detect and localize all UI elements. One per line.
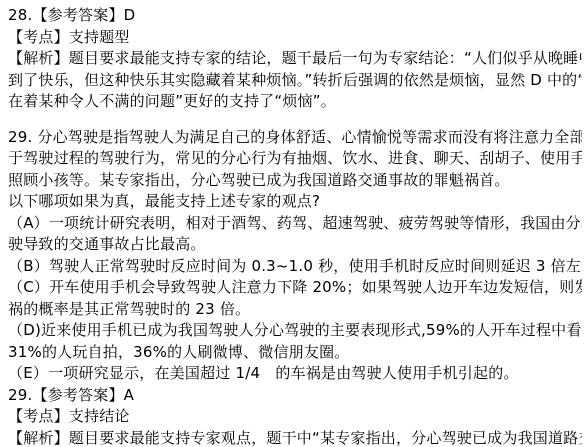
q29-stem-line-1: 29. 分心驾驶是指驾驶人为满足自己的身体舒适、心情愉悦等需求而没有将注意力全部… xyxy=(8,127,582,149)
q28-analysis-line-3: 在着某种令人不满的问题”更好的支持了“烦恼”。 xyxy=(8,91,582,113)
q29-option-b: （B）驾驶人正常驾驶时反应时间为 0.3~1.0 秒，使用手机时反应时间则延迟 … xyxy=(8,256,582,278)
q29-reference-answer: 29.【参考答案】A xyxy=(8,385,582,407)
q29-option-e: （E）一项研究显示，在美国超过 1/4 的车祸是由驾驶人使用手机引起的。 xyxy=(8,363,582,385)
q28-reference-answer: 28.【参考答案】D xyxy=(8,5,582,27)
q29-options-block: （A）一项统计研究表明，相对于酒驾、药驾、超速驾驶、疲劳驾驶等情形，我国由分心驾… xyxy=(8,213,582,385)
q28-analysis-line-1: 【解析】题目要求最能支持专家的结论，题干最后一句为专家结论：“人们似乎从晚睡中得 xyxy=(8,48,582,70)
q29-option-a-line-2: 驶导致的交通事故占比最高。 xyxy=(8,234,582,256)
q29-option-d-line-2: 31%的人玩自拍，36%的人刷微博、微信朋友圈。 xyxy=(8,342,582,364)
q29-answer-block: 29.【参考答案】A 【考点】支持结论 【解析】题目要求最能支持专家观点，题干中… xyxy=(8,385,582,447)
q29-stem-line-2: 于驾驶过程的驾驶行为，常见的分心行为有抽烟、饮水、进食、聊天、刮胡子、使用手机、 xyxy=(8,148,582,170)
q28-exam-point: 【考点】支持题型 xyxy=(8,27,582,49)
q29-option-c-line-2: 祸的概率是其正常驾驶时的 23 倍。 xyxy=(8,299,582,321)
q29-stem-line-3: 照顾小孩等。某专家指出，分心驾驶已成为我国道路交通事故的罪魁祸首。 xyxy=(8,170,582,192)
q28-analysis-line-2: 到了快乐，但这种快乐其实隐藏着某种烦恼。”转折后强调的依然是烦恼，显然 D 中的… xyxy=(8,70,582,92)
q29-option-d-line-1: （D)近来使用手机已成为我国驾驶人分心驾驶的主要表现形式,59%的人开车过程中看… xyxy=(8,320,582,342)
q29-stem-block: 29. 分心驾驶是指驾驶人为满足自己的身体舒适、心情愉悦等需求而没有将注意力全部… xyxy=(8,127,582,213)
q29-analysis-line-1: 【解析】题目要求最能支持专家观点，题干中“某专家指出，分心驾驶已成为我国道路交通 xyxy=(8,428,582,447)
q29-exam-point: 【考点】支持结论 xyxy=(8,406,582,428)
q29-option-a-line-1: （A）一项统计研究表明，相对于酒驾、药驾、超速驾驶、疲劳驾驶等情形，我国由分心驾 xyxy=(8,213,582,235)
q28-answer-block: 28.【参考答案】D 【考点】支持题型 【解析】题目要求最能支持专家的结论，题干… xyxy=(8,5,582,113)
q29-option-c-line-1: （C）开车使用手机会导致驾驶人注意力下降 20%；如果驾驶人边开车边发短信，则发… xyxy=(8,277,582,299)
q29-question-prompt: 以下哪项如果为真，最能支持上述专家的观点? xyxy=(8,191,582,213)
exam-answer-document: 28.【参考答案】D 【考点】支持题型 【解析】题目要求最能支持专家的结论，题干… xyxy=(0,0,588,447)
